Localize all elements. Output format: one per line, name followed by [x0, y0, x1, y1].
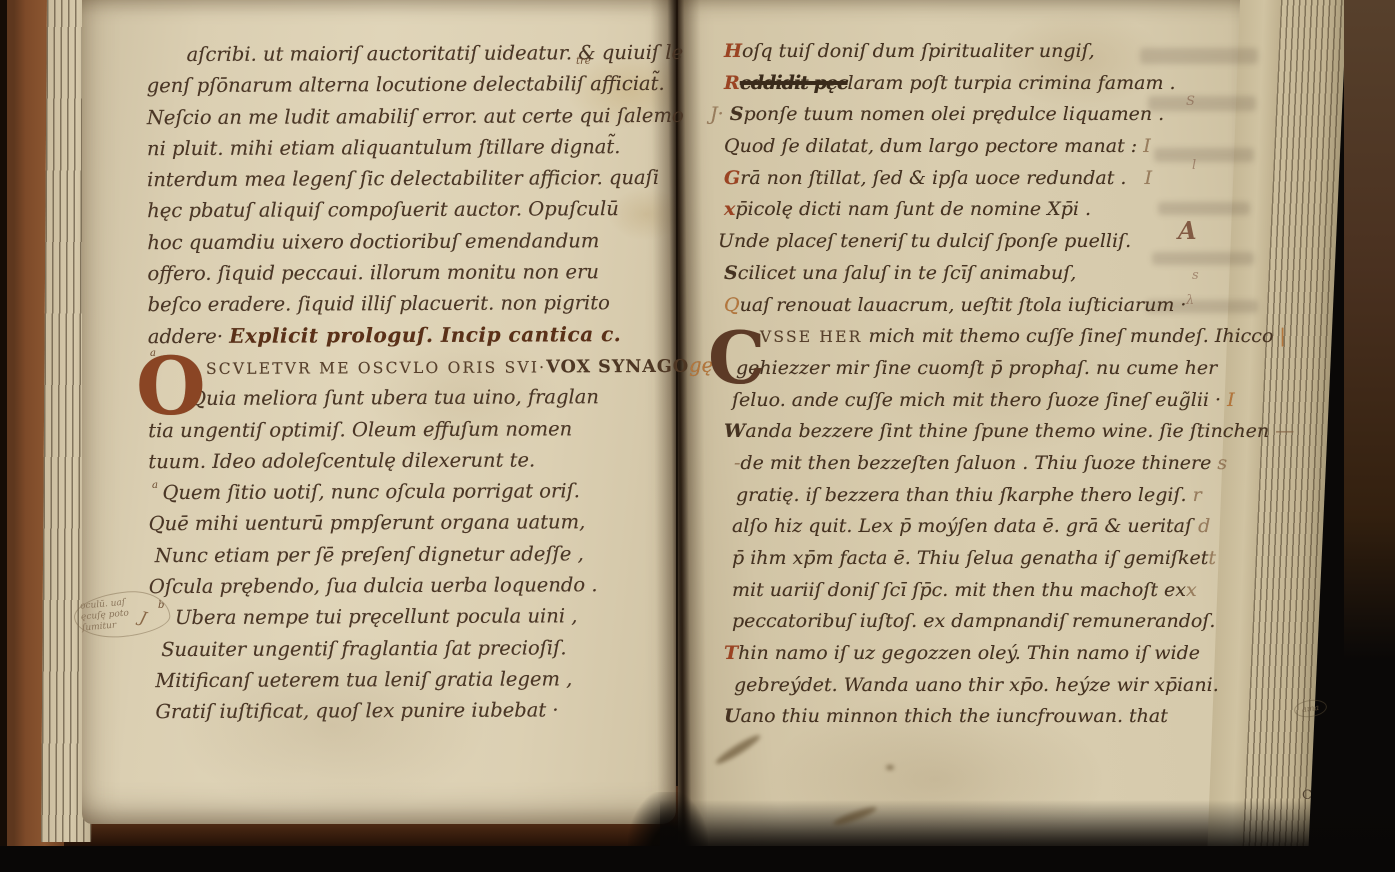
manuscript-line: SCVLETVR ME OSCVLO ORIS SVI·VOX SYNAGOgę — [206, 350, 680, 383]
text-segment: tia ungentiſ optimiſ. Oleum effuſum nome… — [148, 417, 572, 442]
text-segment: Ubera nempe tui pręcellunt pocula uini , — [175, 605, 578, 630]
manuscript-line: tia ungentiſ optimiſ. Oleum effuſum nome… — [148, 412, 680, 446]
text-segment: VSSE HER — [760, 328, 863, 346]
text-segment: Nunc etiam per ſē preſenſ dignetur adeſſ… — [155, 542, 584, 567]
manuscript-line: Grā non ſtillat, ſed & ipſa uoce redunda… — [724, 163, 1252, 195]
manuscript-line: aſcribi. ut maioriſ auctoritatiſ uideatu… — [187, 37, 679, 70]
manuscript-line: gehiezzer mir ſine cuomſt p̄ prophaſ. nu… — [736, 353, 1252, 385]
manuscript-line: Mitificanſ ueterem tua leniſ gratia lege… — [155, 663, 681, 697]
text-segment: ni pluit. mihi etiam aliquantulum ſtilla… — [147, 135, 621, 160]
manuscript-line: Ubera nempe tui pręcellunt pocula uini , — [175, 600, 681, 634]
text-segment: Quem ſitio uotiſ, nunc oſcula porrigat o… — [162, 479, 580, 504]
manuscript-line: beſco eradere. ſiquid illiſ placuerit. n… — [148, 287, 680, 321]
manuscript-line: interdum mea legenſ ſic delectabiliter a… — [147, 162, 679, 196]
text-segment: mit uariiſ doniſ ſcī ſp̄c. mit then thu … — [732, 579, 1186, 601]
text-segment: x — [724, 198, 735, 220]
manuscript-line: Quia meliora ſunt ubera tua uino, fragla… — [190, 381, 680, 414]
margin-mark: s — [1192, 268, 1199, 283]
margin-mark: l — [1192, 158, 1196, 173]
manuscript-line: J· Sponſe tuum nomen olei prędulce liqua… — [710, 99, 1252, 131]
background-floor — [0, 846, 1395, 872]
text-segment: genſ pſōnarum alterna locutione delectab… — [147, 72, 665, 97]
manuscript-line: gebreýdet. Wanda uano thir xp̄o. heýze w… — [734, 670, 1252, 702]
manuscript-line: tuum. Ideo adoleſcentulę dilexerunt te. — [148, 444, 680, 478]
text-segment: aſcribi. ut maioriſ auctoritatiſ uideatu… — [187, 41, 684, 66]
initial-C: C — [708, 322, 765, 394]
text-segment: T — [724, 642, 738, 664]
text-segment: hoc quamdiu uixero doctioribuſ emendandu… — [147, 229, 599, 254]
manuscript-line: genſ pſōnarum alterna locutione delectab… — [147, 68, 679, 102]
text-segment: ponſe tuum nomen olei prędulce liquamen … — [743, 103, 1164, 125]
text-segment: anda bezzere ſint thine ſpune themo wine… — [745, 420, 1269, 442]
text-segment: Quē mihi uenturū pmpſerunt organa uatum, — [149, 511, 586, 536]
manuscript-line: Scilicet una ſaluſ in te ſcīſ animabuſ, — [724, 258, 1252, 290]
text-segment: gratię. iſ bezzera than thiu ſkarphe the… — [736, 484, 1193, 506]
manuscript-line: offero. ſiquid peccaui. illorum monitu n… — [147, 256, 679, 290]
text-segment: p̄ ihm xp̄m facta ē. Thiu ſelua genatha … — [732, 547, 1208, 569]
text-segment: S — [730, 103, 744, 125]
manuscript-line: Uano thiu minnon thich the iuncfrouwan. … — [724, 701, 1252, 733]
manuscript-line: hoc quamdiu uixero doctioribuſ emendandu… — [147, 225, 679, 259]
text-segment: uaſ renouat lauacrum, ueſtit ſtola iuſti… — [740, 294, 1187, 316]
text-segment: SCVLETVR ME OSCVLO ORIS SVI· — [206, 358, 546, 377]
text-segment: Unde placeſ teneriſ tu dulciſ ſponſe pue… — [718, 230, 1131, 252]
text-segment: Neſcio an me ludit amabiliſ error. aut c… — [147, 103, 684, 128]
manuscript-line: p̄ ihm xp̄m facta ē. Thiu ſelua genatha … — [732, 543, 1252, 575]
margin-mark: tre — [576, 56, 591, 67]
text-segment: t — [1208, 547, 1216, 569]
manuscript-line: gratię. iſ bezzera than thiu ſkarphe the… — [736, 480, 1252, 512]
text-segment: beſco eradere. ſiquid illiſ placuerit. n… — [148, 292, 610, 317]
manuscript-line: Wanda bezzere ſint thine ſpune themo win… — [724, 416, 1252, 448]
text-segment: J· — [710, 103, 730, 125]
manuscript-line: alſo hiz quit. Lex p̄ moýſen data ē. grā… — [732, 511, 1252, 543]
manuscript-line: Suauiter ungentiſ fraglantia ſat precioſ… — [161, 631, 681, 665]
text-segment: Quia meliora ſunt ubera tua uino, fragla… — [190, 385, 599, 410]
text-segment: rā non ſtillat, ſed & ipſa uoce redundat… — [740, 167, 1126, 189]
manuscript-line: Oſcula prębendo, ſua dulcia uerba loquen… — [149, 569, 681, 603]
ink-dot — [886, 765, 894, 770]
manuscript-line: hęc pbatuſ aliquiſ compoſuerit auctor. O… — [147, 193, 679, 227]
text-segment: I — [1221, 389, 1235, 411]
text-segment: cilicet una ſaluſ in te ſcīſ animabuſ, — [738, 262, 1077, 284]
manuscript-line: VSSE HER mich mit themo cuſſe ſineſ mund… — [760, 321, 1252, 353]
margin-mark: a — [152, 480, 158, 491]
manuscript-line: Nunc etiam per ſē preſenſ dignetur adeſſ… — [155, 538, 681, 572]
text-segment: Gratiſ iuſtificat, quoſ lex punire iubeb… — [155, 699, 558, 724]
manuscript-line: Unde placeſ teneriſ tu dulciſ ſponſe pue… — [718, 226, 1252, 258]
text-segment: Quod ſe dilatat, dum largo pectore manat… — [724, 135, 1137, 157]
left-page-text: aſcribi. ut maioriſ auctoritatiſ uideatu… — [147, 37, 682, 728]
manuscript-line: peccatoribuſ iuſtoſ. ex dampnandiſ remun… — [732, 606, 1252, 638]
text-segment: Explicit prologuſ. Incip cantica c. — [229, 322, 621, 348]
text-segment: I — [1126, 167, 1152, 189]
text-segment: mich mit themo cuſſe ſineſ mundeſ. Ihicc… — [863, 325, 1274, 347]
manuscript-line: ſeluo. ande cuſſe mich mit thero ſuoze ſ… — [732, 385, 1252, 417]
manuscript-photo: aſcribi. ut maioriſ auctoritatiſ uideatu… — [0, 0, 1395, 872]
margin-mark: S — [1186, 94, 1195, 109]
text-segment: Suauiter ungentiſ fraglantia ſat precioſ… — [161, 636, 566, 661]
text-segment: alſo hiz quit. Lex p̄ moýſen data ē. grā… — [732, 515, 1192, 537]
text-segment: VOX SYNAGO — [546, 357, 689, 378]
initial-O: O — [136, 346, 206, 426]
margin-mark: a — [150, 348, 156, 359]
text-segment: de mit then bezzeſten ſaluon . Thiu ſuoz… — [740, 452, 1211, 474]
text-segment: S — [724, 262, 738, 284]
text-segment: peccatoribuſ iuſtoſ. ex dampnandiſ remun… — [732, 610, 1215, 632]
text-segment: ano thiu minnon thich the iuncfrouwan. t… — [741, 705, 1168, 727]
text-segment: ſeluo. ande cuſſe mich mit thero ſuoze ſ… — [732, 389, 1221, 411]
text-segment: tuum. Ideo adoleſcentulę dilexerunt te. — [148, 448, 535, 473]
text-segment: gehiezzer mir ſine cuomſt p̄ prophaſ. nu… — [736, 357, 1217, 379]
margin-mark: A — [1178, 216, 1197, 245]
text-segment: H — [724, 40, 742, 62]
text-segment: Mitificanſ ueterem tua leniſ gratia lege… — [155, 667, 572, 692]
text-segment: Q — [724, 294, 740, 316]
text-segment: | — [1273, 325, 1285, 347]
manuscript-line: Thin namo iſ uz gegozzen oleý. Thin namo… — [724, 638, 1252, 670]
manuscript-line: Neſcio an me ludit amabiliſ error. aut c… — [147, 99, 679, 133]
text-segment: s — [1211, 452, 1227, 474]
text-segment: R — [724, 72, 740, 94]
text-segment: r — [1193, 484, 1202, 506]
manuscript-line: ni pluit. mihi etiam aliquantulum ſtilla… — [147, 131, 679, 165]
manuscript-line: Quem ſitio uotiſ, nunc oſcula porrigat o… — [162, 475, 680, 509]
book-cover-right — [1344, 0, 1395, 660]
manuscript-line: -de mit then bezzeſten ſaluon . Thiu ſuo… — [734, 448, 1252, 480]
manuscript-line: Quod ſe dilatat, dum largo pectore manat… — [724, 131, 1252, 163]
manuscript-line: Hoſq tuiſ doniſ dum ſpiritualiter ungiſ, — [724, 36, 1252, 68]
text-segment: eddidit pęc — [740, 72, 848, 94]
text-segment: hęc pbatuſ aliquiſ compoſuerit auctor. O… — [147, 198, 619, 223]
text-segment: - — [734, 452, 740, 474]
text-segment: oſq tuiſ doniſ dum ſpiritualiter ungiſ, — [742, 40, 1095, 62]
manuscript-line: mit uariiſ doniſ ſcī ſp̄c. mit then thu … — [732, 575, 1252, 607]
text-segment: interdum mea legenſ ſic delectabiliter a… — [147, 166, 659, 191]
manuscript-line: Reddidit pęclaram poſt turpia crimina fa… — [724, 68, 1252, 100]
manuscript-line: Gratiſ iuſtificat, quoſ lex punire iubeb… — [155, 694, 681, 728]
right-page-text: Hoſq tuiſ doniſ dum ſpiritualiter ungiſ,… — [724, 36, 1252, 733]
text-segment: hin namo iſ uz gegozzen oleý. Thin namo … — [738, 642, 1200, 664]
text-segment: Oſcula prębendo, ſua dulcia uerba loquen… — [149, 573, 598, 598]
text-segment: W — [724, 420, 745, 442]
margin-mark: λ — [1186, 293, 1194, 308]
text-segment: offero. ſiquid peccaui. illorum monitu n… — [147, 260, 599, 285]
text-segment: p̄icolę dicti nam ſunt de nomine Xp̄i . — [735, 198, 1091, 220]
manuscript-line: xp̄icolę dicti nam ſunt de nomine Xp̄i . — [724, 194, 1252, 226]
text-segment: G — [724, 167, 740, 189]
manuscript-line: Quaſ renouat lauacrum, ueſtit ſtola iuſt… — [724, 290, 1252, 322]
text-segment: I — [1137, 135, 1151, 157]
text-segment: d — [1192, 515, 1210, 537]
text-segment: — — [1269, 420, 1294, 442]
manuscript-line: addere· Explicit prologuſ. Incip cantica… — [148, 319, 680, 353]
bottom-shadow — [660, 800, 1395, 850]
margin-mark: C — [1302, 788, 1312, 803]
manuscript-line: Quē mihi uenturū pmpſerunt organa uatum, — [149, 506, 681, 540]
text-segment: gebreýdet. Wanda uano thir xp̄o. heýze w… — [734, 674, 1219, 696]
text-segment: laram poſt turpia crimina famam . — [848, 72, 1176, 94]
text-segment: U — [724, 705, 741, 727]
text-segment: x — [1186, 579, 1197, 601]
